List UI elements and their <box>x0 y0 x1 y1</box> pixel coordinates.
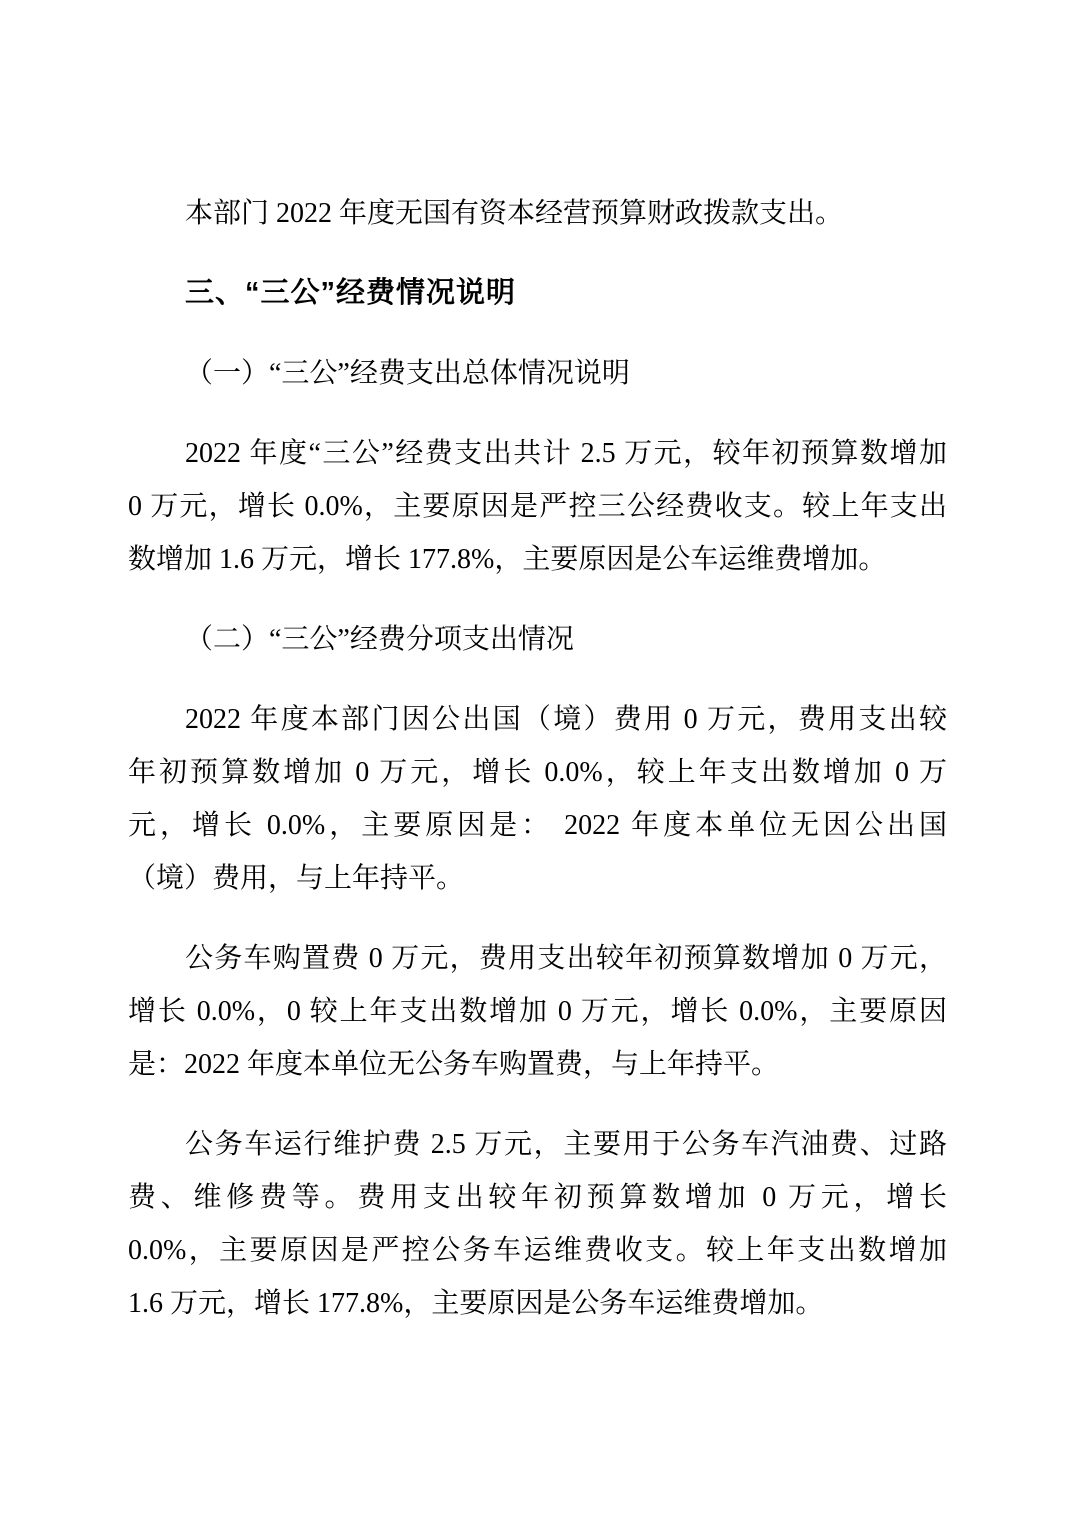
paragraph-line: （境）费用，与上年持平。 <box>128 852 947 905</box>
overall-expense-paragraph: 2022 年度“三公”经费支出共计 2.5 万元，较年初预算数增加 0 万元，增… <box>128 427 947 586</box>
vehicle-purchase-paragraph: 公务车购置费 0 万元，费用支出较年初预算数增加 0 万元， 增长 0.0%，0… <box>128 932 947 1091</box>
document-body: 本部门 2022 年度无国有资本经营预算财政拨款支出。 三、“三公”经费情况说明… <box>0 0 1075 1330</box>
paragraph-line: 公务车购置费 0 万元，费用支出较年初预算数增加 0 万元， <box>128 932 947 985</box>
paragraph-line: 1.6 万元，增长 177.8%，主要原因是公务车运维费增加。 <box>128 1277 947 1330</box>
abroad-expense-paragraph: 2022 年度本部门因公出国（境）费用 0 万元，费用支出较 年初预算数增加 0… <box>128 693 947 905</box>
paragraph-line: 年初预算数增加 0 万元，增长 0.0%，较上年支出数增加 0 万 <box>128 746 947 799</box>
paragraph-line: 是：2022 年度本单位无公务车购置费，与上年持平。 <box>128 1038 947 1091</box>
intro-paragraph: 本部门 2022 年度无国有资本经营预算财政拨款支出。 <box>128 187 947 240</box>
vehicle-maintenance-paragraph: 公务车运行维护费 2.5 万元，主要用于公务车汽油费、过路 费、维修费等。费用支… <box>128 1118 947 1330</box>
paragraph-line: 本部门 2022 年度无国有资本经营预算财政拨款支出。 <box>128 187 947 240</box>
paragraph-line: 2022 年度“三公”经费支出共计 2.5 万元，较年初预算数增加 <box>128 427 947 480</box>
paragraph-line: 增长 0.0%，0 较上年支出数增加 0 万元，增长 0.0%，主要原因 <box>128 985 947 1038</box>
paragraph-line: 数增加 1.6 万元，增长 177.8%，主要原因是公车运维费增加。 <box>128 533 947 586</box>
subsection-1-heading: （一）“三公”经费支出总体情况说明 <box>128 347 947 400</box>
paragraph-line: 元，增长 0.0%，主要原因是： 2022 年度本单位无因公出国 <box>128 799 947 852</box>
paragraph-line: 2022 年度本部门因公出国（境）费用 0 万元，费用支出较 <box>128 693 947 746</box>
paragraph-line: 0 万元，增长 0.0%，主要原因是严控三公经费收支。较上年支出 <box>128 480 947 533</box>
subsection-2-heading: （二）“三公”经费分项支出情况 <box>128 613 947 666</box>
paragraph-line: 公务车运行维护费 2.5 万元，主要用于公务车汽油费、过路 <box>128 1118 947 1171</box>
document-page: 本部门 2022 年度无国有资本经营预算财政拨款支出。 三、“三公”经费情况说明… <box>0 0 1075 1521</box>
paragraph-line: 费、维修费等。费用支出较年初预算数增加 0 万元，增长 <box>128 1171 947 1224</box>
section-3-heading: 三、“三公”经费情况说明 <box>128 267 947 320</box>
paragraph-line: 0.0%，主要原因是严控公务车运维费收支。较上年支出数增加 <box>128 1224 947 1277</box>
